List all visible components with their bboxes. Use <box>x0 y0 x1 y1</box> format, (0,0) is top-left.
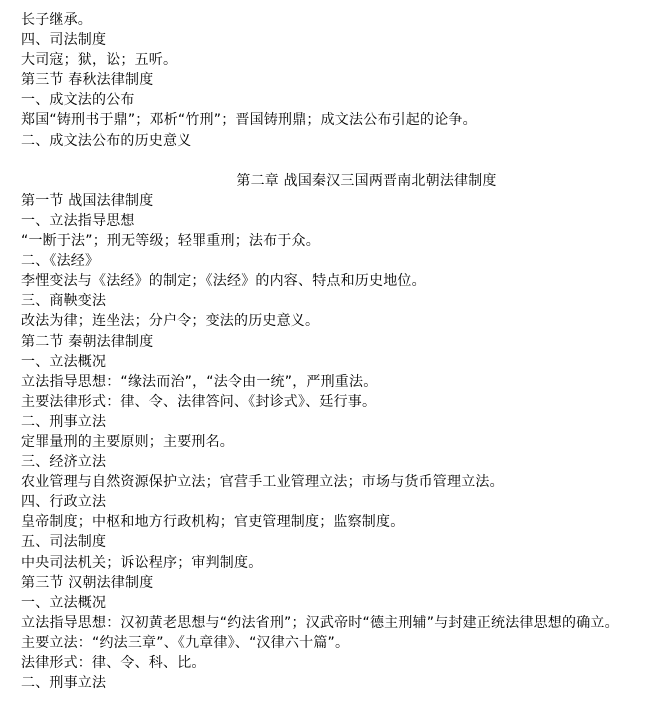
text-line: 皇帝制度；中枢和地方行政机构；官吏管理制度；监察制度。 <box>21 512 662 532</box>
outline-item: 二、成文法公布的历史意义 <box>21 131 662 151</box>
text-line: 长子继承。 <box>21 10 662 30</box>
outline-item: 一、立法概况 <box>21 352 662 372</box>
outline-item: 一、立法概况 <box>21 593 662 613</box>
chapter-heading: 第二章 战国秦汉三国两晋南北朝法律制度 <box>21 171 662 191</box>
section-heading: 第一节 战国法律制度 <box>21 191 662 211</box>
outline-item: 二、《法经》 <box>21 251 662 271</box>
section-heading: 第二节 秦朝法律制度 <box>21 332 662 352</box>
section-heading: 第三节 汉朝法律制度 <box>21 573 662 593</box>
outline-item: 四、行政立法 <box>21 492 662 512</box>
outline-item: 一、成文法的公布 <box>21 90 662 110</box>
text-line: 中央司法机关；诉讼程序；审判制度。 <box>21 553 662 573</box>
document-page: 长子继承。 四、司法制度 大司寇；狱，讼；五听。 第三节 春秋法律制度 一、成文… <box>0 0 670 693</box>
text-line: 李悝变法与《法经》的制定；《法经》的内容、特点和历史地位。 <box>21 271 662 291</box>
section-heading: 第三节 春秋法律制度 <box>21 70 662 90</box>
text-line: 立法指导思想：汉初黄老思想与“约法省刑”；汉武帝时“德主刑辅”与封建正统法律思想… <box>21 613 662 633</box>
outline-item: 五、司法制度 <box>21 532 662 552</box>
text-line: 改法为律；连坐法；分户令；变法的历史意义。 <box>21 311 662 331</box>
text-line: 定罪量刑的主要原则；主要刑名。 <box>21 432 662 452</box>
text-line: 主要法律形式：律、令、法律答问、《封诊式》、廷行事。 <box>21 392 662 412</box>
outline-item: 一、立法指导思想 <box>21 211 662 231</box>
text-line: 农业管理与自然资源保护立法；官营手工业管理立法；市场与货币管理立法。 <box>21 472 662 492</box>
text-line: 立法指导思想：“缘法而治”，“法令由一统”，严刑重法。 <box>21 372 662 392</box>
text-line: “一断于法”；刑无等级；轻罪重刑；法布于众。 <box>21 231 662 251</box>
outline-item: 三、商鞅变法 <box>21 291 662 311</box>
text-line: 法律形式：律、令、科、比。 <box>21 653 662 673</box>
text-line: 郑国“铸刑书于鼎”；邓析“竹刑”；晋国铸刑鼎；成文法公布引起的论争。 <box>21 110 662 130</box>
outline-item: 二、刑事立法 <box>21 673 662 693</box>
outline-item: 二、刑事立法 <box>21 412 662 432</box>
outline-item: 四、司法制度 <box>21 30 662 50</box>
blank-line <box>21 151 662 171</box>
outline-item: 三、经济立法 <box>21 452 662 472</box>
text-line: 大司寇；狱，讼；五听。 <box>21 50 662 70</box>
text-line: 主要立法：“约法三章”、《九章律》、“汉律六十篇”。 <box>21 633 662 653</box>
